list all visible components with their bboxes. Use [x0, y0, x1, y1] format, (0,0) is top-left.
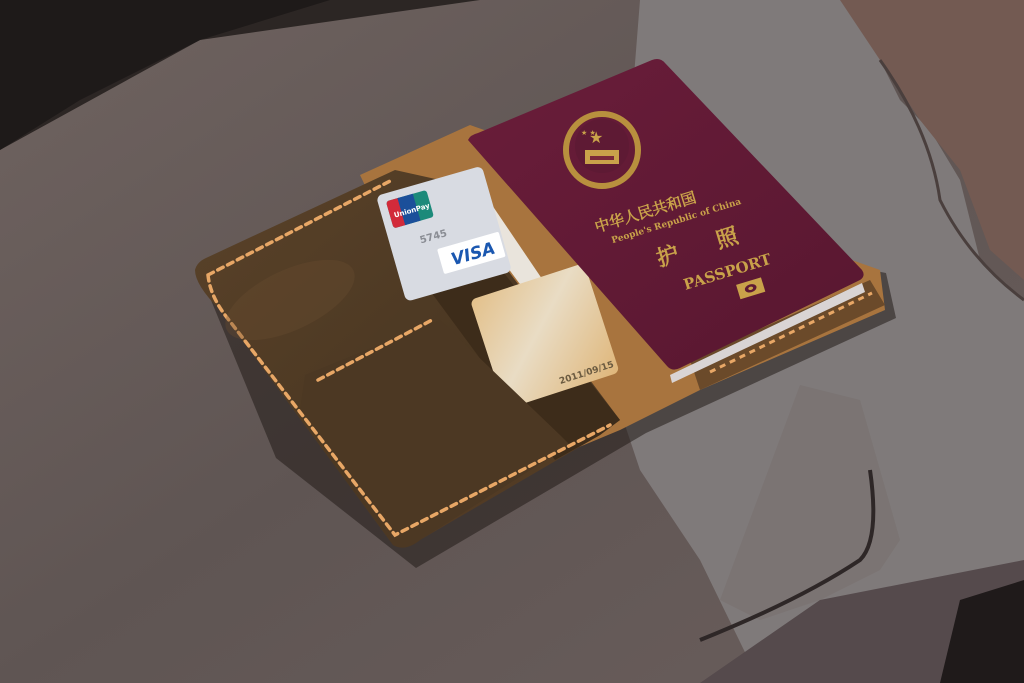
svg-text:★ ★: ★ ★ — [581, 129, 596, 137]
photo-scene: 2011/09/15 UnionPay 5745 VISA — [0, 0, 1024, 683]
scene-illustration: 2011/09/15 UnionPay 5745 VISA — [0, 0, 1024, 683]
